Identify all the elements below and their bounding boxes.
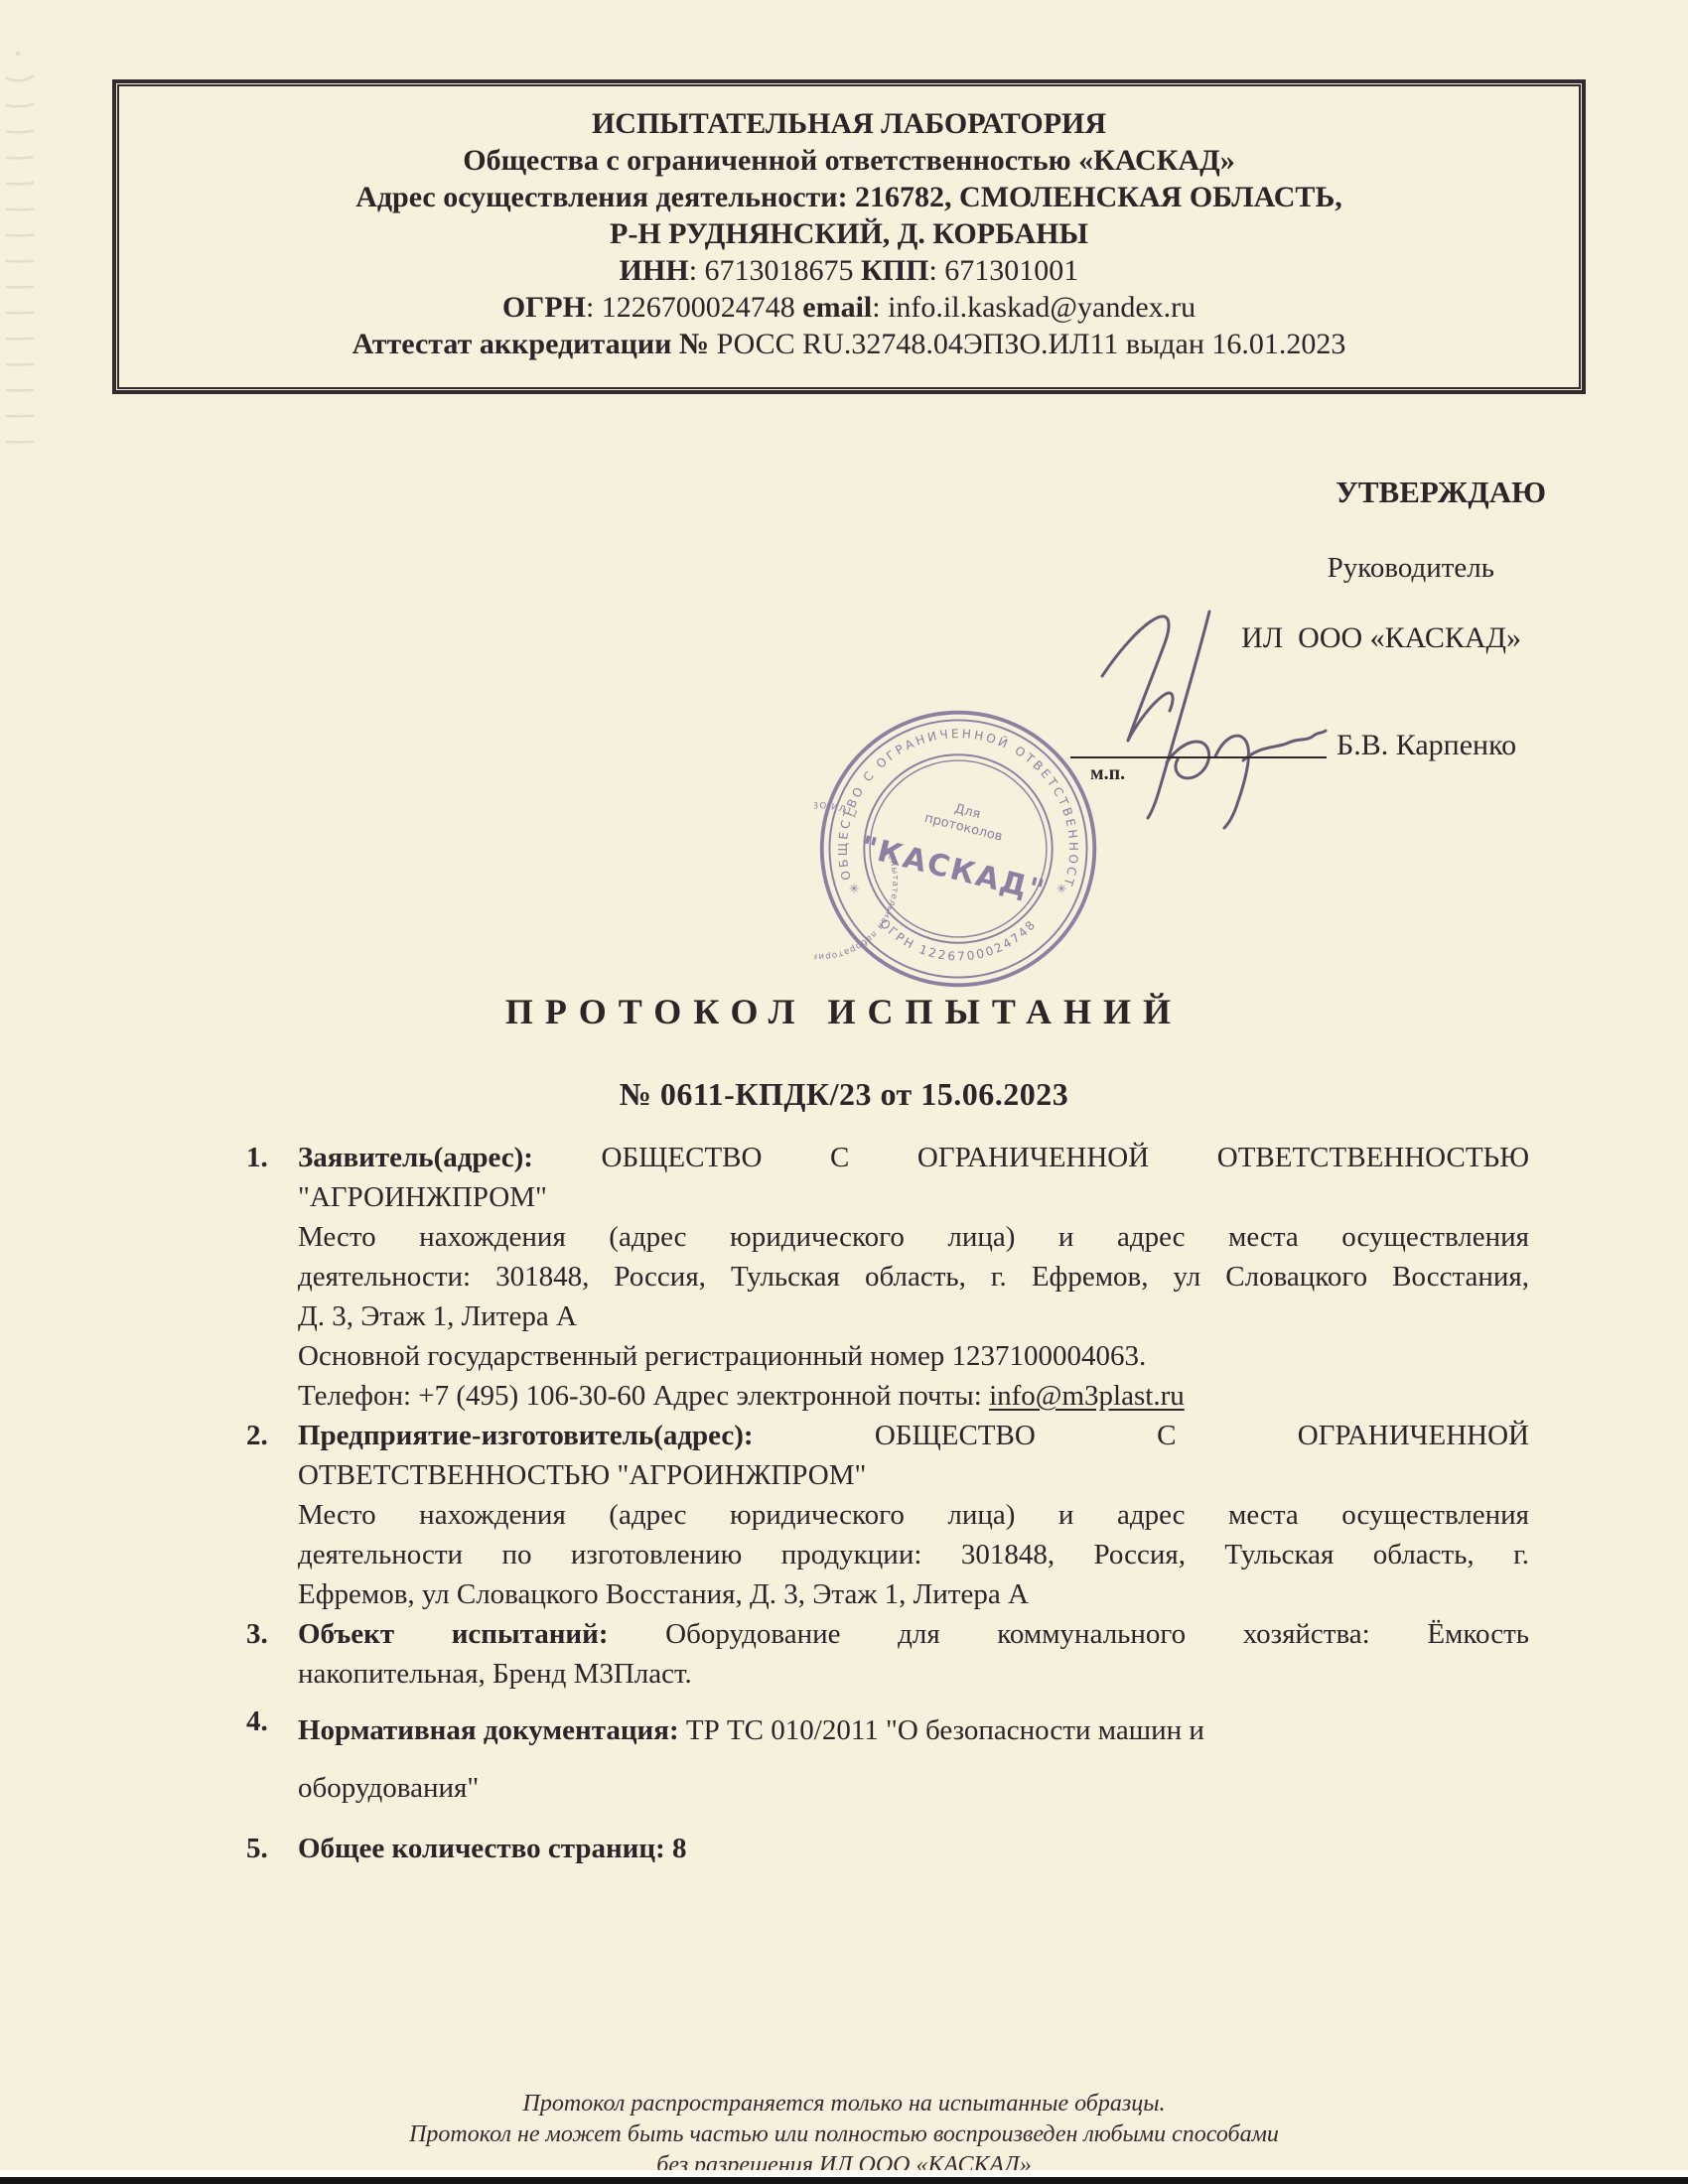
applicant-name: ОБЩЕСТВО С ОГРАНИЧЕННОЙ ОТВЕТСТВЕННОСТЬЮ bbox=[602, 1142, 1529, 1173]
test-object-desc: Оборудование для коммунального хозяйства… bbox=[665, 1618, 1529, 1650]
laboratory-ogrn-email: ОГРН: 1226700024748 email: info.il.kaska… bbox=[116, 289, 1582, 326]
laboratory-inn-kpp: ИНН: 6713018675 КПП: 671301001 bbox=[116, 252, 1582, 289]
applicant-phone: Телефон: +7 (495) 106-30-60 Адрес электр… bbox=[298, 1380, 989, 1412]
page-count-label: Общее количество страниц: bbox=[298, 1833, 672, 1864]
signer-name: Б.В. Карпенко bbox=[1336, 729, 1516, 762]
test-object-desc-cont: накопительная, Бренд М3Пласт. bbox=[298, 1654, 1529, 1694]
attestation-label: Аттестат аккредитации № bbox=[352, 328, 709, 360]
item-number: 1. bbox=[246, 1138, 298, 1416]
stamp-center-main: "КАСКАД" bbox=[857, 830, 1049, 909]
applicant-address-line1: Место нахождения (адрес юридического лиц… bbox=[298, 1217, 1529, 1257]
laboratory-address-line1: Адрес осуществления деятельности: 216782… bbox=[116, 179, 1582, 215]
email-value: : info.il.kaskad@yandex.ru bbox=[872, 291, 1196, 324]
item-number: 5. bbox=[246, 1829, 298, 1868]
applicant-name-cont: "АГРОИНЖПРОМ" bbox=[298, 1177, 1529, 1217]
kpp-value: : 671301001 bbox=[928, 254, 1078, 287]
stamp-asterisk-right: ✳ bbox=[1056, 881, 1067, 895]
applicant-address-line2: деятельности: 301848, Россия, Тульская о… bbox=[298, 1257, 1529, 1297]
item-number: 4. bbox=[246, 1702, 298, 1817]
manufacturer-address-line3: Ефремов, ул Словацкого Восстания, Д. 3, … bbox=[298, 1574, 1529, 1614]
inn-label: ИНН bbox=[620, 254, 689, 287]
protocol-details-list: 1. Заявитель(адрес): ОБЩЕСТВО С ОГРАНИЧЕ… bbox=[246, 1138, 1529, 1868]
applicant-label: Заявитель(адрес): bbox=[298, 1142, 533, 1173]
laboratory-company: Общества с ограниченной ответственностью… bbox=[116, 142, 1582, 179]
test-object-label: Объект испытаний: bbox=[298, 1618, 609, 1650]
scan-bottom-black-strip bbox=[0, 2177, 1688, 2184]
applicant-email: info@m3plast.ru bbox=[989, 1380, 1185, 1412]
round-stamp-kaskad: ОБЩЕСТВО С ОГРАНИЧЕННОЙ ОТВЕТСТВЕННОСТЬЮ… bbox=[814, 705, 1102, 993]
item-number: 3. bbox=[246, 1614, 298, 1694]
manufacturer-address-line1: Место нахождения (адрес юридического лиц… bbox=[298, 1495, 1529, 1535]
list-item-page-count: 5. Общее количество страниц: 8 bbox=[246, 1829, 1529, 1868]
list-item-manufacturer: 2. Предприятие-изготовитель(адрес): ОБЩЕ… bbox=[246, 1416, 1529, 1614]
footer-line2: Протокол не может быть частью или полнос… bbox=[0, 2119, 1688, 2150]
applicant-ogrn: Основной государственный регистрационный… bbox=[298, 1336, 1529, 1376]
normative-docs-label: Нормативная документация: bbox=[298, 1714, 679, 1746]
stamp-asterisk-left: ✳ bbox=[849, 881, 860, 895]
manufacturer-address-line2: деятельности по изготовлению продукции: … bbox=[298, 1535, 1529, 1574]
footer-line1: Протокол распространяется только на испы… bbox=[0, 2089, 1688, 2119]
signature-line bbox=[1070, 756, 1327, 758]
ogrn-label: ОГРН bbox=[502, 291, 586, 324]
list-item-test-object: 3. Объект испытаний: Оборудование для ко… bbox=[246, 1614, 1529, 1694]
list-item-normative-docs: 4. Нормативная документация: ТР ТС 010/2… bbox=[246, 1702, 1529, 1817]
email-label: email bbox=[802, 291, 872, 324]
manufacturer-name: ОБЩЕСТВО С ОГРАНИЧЕННОЙ bbox=[875, 1420, 1529, 1451]
page-count-value: 8 bbox=[672, 1833, 687, 1864]
list-item-applicant: 1. Заявитель(адрес): ОБЩЕСТВО С ОГРАНИЧЕ… bbox=[246, 1138, 1529, 1416]
manufacturer-name-cont: ОТВЕТСТВЕННОСТЬЮ "АГРОИНЖПРОМ" bbox=[298, 1455, 1529, 1495]
ogrn-value: : 1226700024748 bbox=[586, 291, 802, 324]
scan-edge-noise bbox=[6, 40, 34, 467]
attestation-value: РОСС RU.32748.04ЭПЗО.ИЛ11 выдан 16.01.20… bbox=[709, 328, 1345, 360]
document-title: ПРОТОКОЛ ИСПЫТАНИЙ bbox=[0, 991, 1688, 1032]
approver-role: Руководитель bbox=[1328, 552, 1494, 585]
laboratory-address-line2: Р-Н РУДНЯНСКИЙ, Д. КОРБАНЫ bbox=[116, 215, 1582, 252]
kpp-label: КПП bbox=[861, 254, 928, 287]
applicant-contacts: Телефон: +7 (495) 106-30-60 Адрес электр… bbox=[298, 1376, 1529, 1416]
laboratory-attestation: Аттестат аккредитации № РОСС RU.32748.04… bbox=[116, 326, 1582, 362]
scanned-test-protocol-page: ИСПЫТАТЕЛЬНАЯ ЛАБОРАТОРИЯ Общества с огр… bbox=[0, 0, 1688, 2184]
document-number: № 0611-КПДК/23 от 15.06.2023 bbox=[0, 1076, 1688, 1113]
inn-value: : 6713018675 bbox=[689, 254, 861, 287]
normative-docs-value: ТР ТС 010/2011 "О безопасности машин и bbox=[679, 1714, 1204, 1746]
applicant-address-line3: Д. 3, Этаж 1, Литера А bbox=[298, 1297, 1529, 1336]
manufacturer-label: Предприятие-изготовитель(адрес): bbox=[298, 1420, 754, 1451]
laboratory-title: ИСПЫТАТЕЛЬНАЯ ЛАБОРАТОРИЯ bbox=[116, 105, 1582, 142]
laboratory-header-box: ИСПЫТАТЕЛЬНАЯ ЛАБОРАТОРИЯ Общества с огр… bbox=[112, 79, 1586, 394]
footer-disclaimer: Протокол распространяется только на испы… bbox=[0, 2089, 1688, 2181]
item-number: 2. bbox=[246, 1416, 298, 1614]
approve-heading: УТВЕРЖДАЮ bbox=[1336, 475, 1546, 510]
normative-docs-cont: оборудования" bbox=[298, 1759, 1529, 1817]
